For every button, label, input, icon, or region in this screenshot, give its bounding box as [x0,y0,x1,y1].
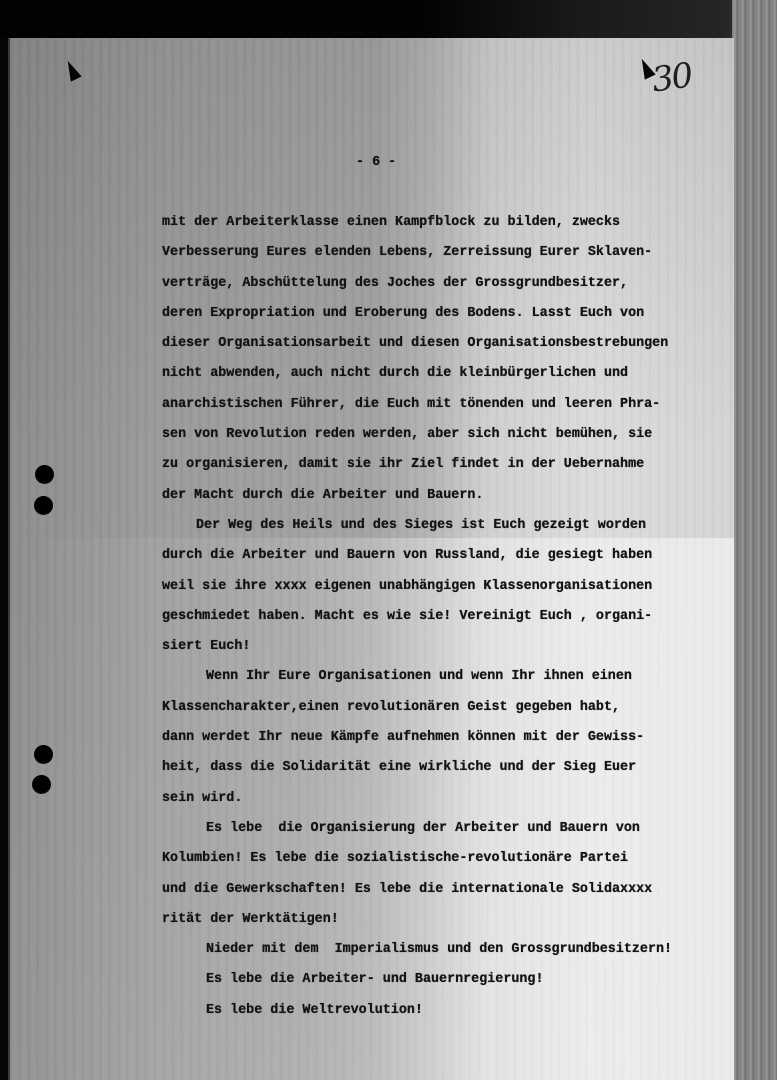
text-line: verträge, Abschüttelung des Joches der G… [162,269,722,299]
text-line: dann werdet Ihr neue Kämpfe aufnehmen kö… [162,723,722,753]
text-line: Verbesserung Eures elenden Lebens, Zerre… [162,238,722,268]
text-line: Es lebe die Organisierung der Arbeiter u… [162,814,722,844]
text-line: Nieder mit dem Imperialismus und den Gro… [162,935,722,965]
text-line: der Macht durch die Arbeiter und Bauern. [162,481,722,511]
page-number: - 6 - [162,148,722,178]
text-line: weil sie ihre xxxx eigenen unabhängigen … [162,572,722,602]
text-line: durch die Arbeiter und Bauern von Russla… [162,541,722,571]
punch-hole-icon [34,745,53,764]
text-line: sein wird. [162,784,722,814]
scanned-page: 30 - 6 - mit der Arbeiterklasse einen Ka… [0,0,777,1080]
text-line: mit der Arbeiterklasse einen Kampfblock … [162,208,722,238]
text-lines: mit der Arbeiterklasse einen Kampfblock … [162,208,722,1026]
text-line: Kolumbien! Es lebe die sozialistische-re… [162,844,722,874]
text-line: heit, dass die Solidarität eine wirklich… [162,753,722,783]
punch-hole-icon [35,465,54,484]
text-line: rität der Werktätigen! [162,905,722,935]
text-line: Wenn Ihr Eure Organisationen und wenn Ih… [162,662,722,692]
text-line: Klassencharakter,einen revolutionären Ge… [162,693,722,723]
text-line: sen von Revolution reden werden, aber si… [162,420,722,450]
typewritten-body: - 6 - mit der Arbeiterklasse einen Kampf… [162,148,722,1026]
text-line: siert Euch! [162,632,722,662]
text-line: Es lebe die Arbeiter- und Bauernregierun… [162,965,722,995]
handwritten-folio-number: 30 [649,55,693,100]
text-line: zu organisieren, damit sie ihr Ziel find… [162,450,722,480]
text-line: deren Expropriation und Eroberung des Bo… [162,299,722,329]
punch-hole-icon [32,775,51,794]
text-line: Es lebe die Weltrevolution! [162,996,722,1026]
corner-mark-left [62,58,81,81]
text-line: Der Weg des Heils und des Sieges ist Euc… [162,511,722,541]
text-line: nicht abwenden, auch nicht durch die kle… [162,359,722,389]
text-line: geschmiedet haben. Macht es wie sie! Ver… [162,602,722,632]
scan-top-border [0,0,777,38]
punch-hole-icon [34,496,53,515]
text-line: dieser Organisationsarbeit und diesen Or… [162,329,722,359]
text-line: anarchistischen Führer, die Euch mit tön… [162,390,722,420]
text-line: und die Gewerkschaften! Es lebe die inte… [162,875,722,905]
binder-edge [729,0,777,1080]
